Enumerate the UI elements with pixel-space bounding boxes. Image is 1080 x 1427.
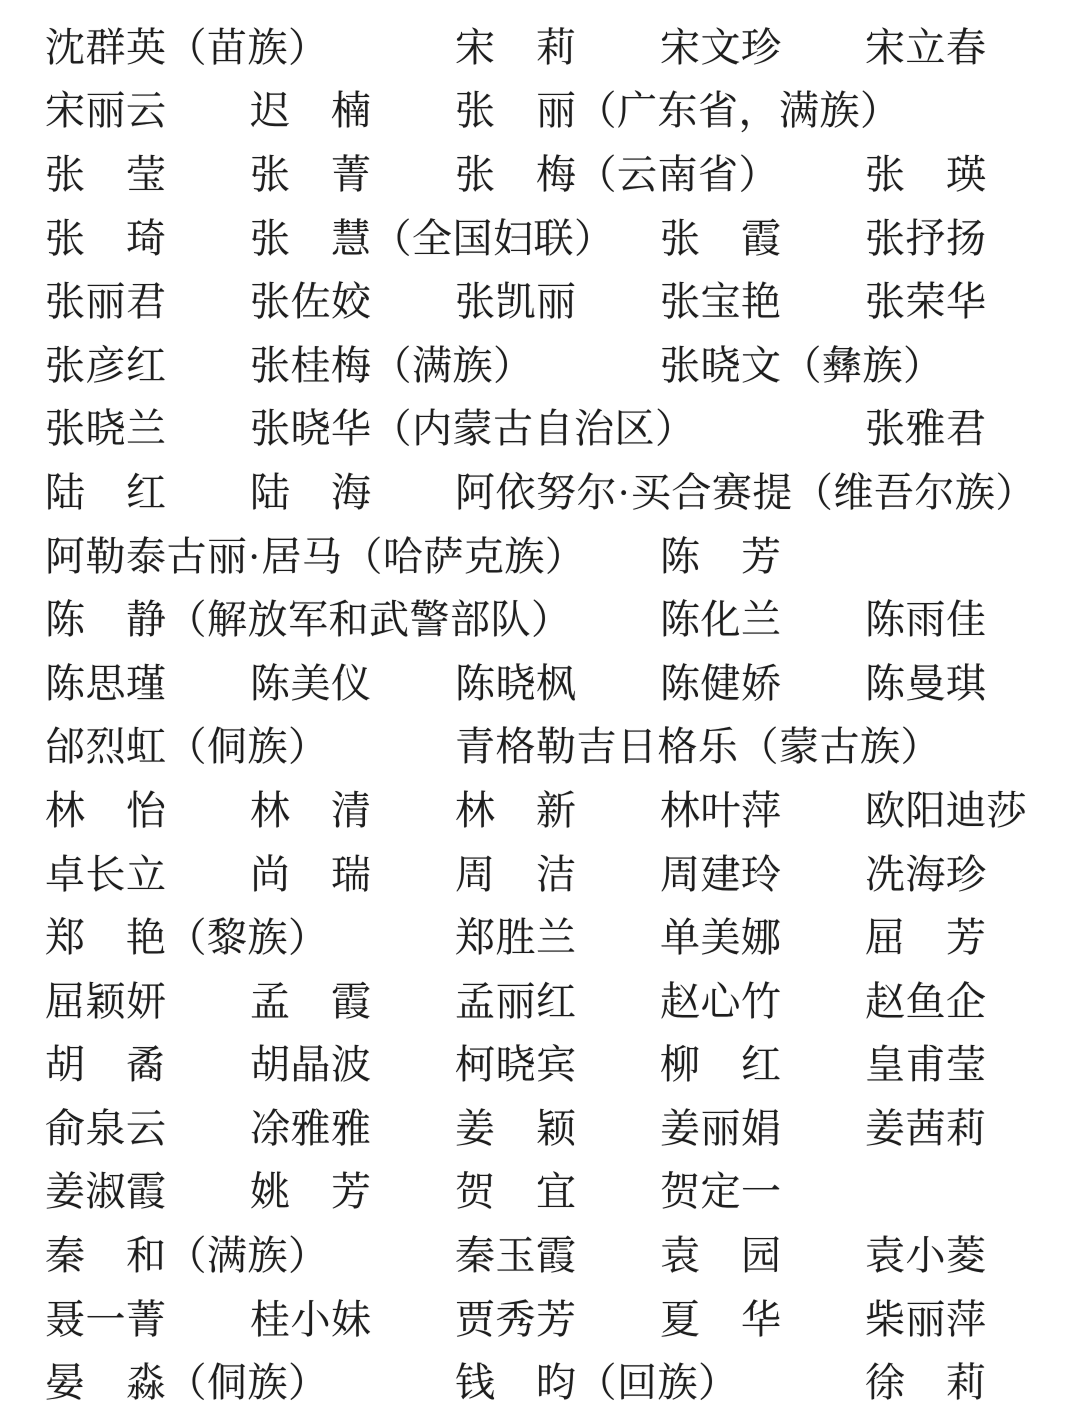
name-list: 沈群英（苗族）宋 莉宋文珍宋立春宋丽云迟 楠张 丽（广东省，满族）张 莹张 菁张… — [45, 16, 1075, 1415]
name-item: 张荣华 — [865, 282, 1070, 322]
name-item: 陆 海 — [250, 473, 455, 513]
name-item: 俞泉云 — [45, 1109, 250, 1149]
name-row: 卓长立尚 瑞周 洁周建玲冼海珍 — [45, 843, 1075, 907]
name-item: 姜 颖 — [455, 1109, 660, 1149]
name-item: 张 丽（广东省，满族） — [455, 91, 1070, 131]
name-item: 张丽君 — [45, 282, 250, 322]
name-item: 陈 芳 — [660, 537, 865, 577]
name-item: 袁 园 — [660, 1236, 865, 1276]
name-item: 郑 艳（黎族） — [45, 918, 455, 958]
name-item: 陈思瑾 — [45, 664, 250, 704]
name-row: 张彦红张桂梅（满族）张晓文（彝族） — [45, 334, 1075, 398]
name-item: 张 琦 — [45, 219, 250, 259]
name-item: 卓长立 — [45, 855, 250, 895]
name-row: 陈思瑾陈美仪陈晓枫陈健娇陈曼琪 — [45, 652, 1075, 716]
name-row: 陈 静（解放军和武警部队）陈化兰陈雨佳 — [45, 588, 1075, 652]
name-item: 陈美仪 — [250, 664, 455, 704]
name-row: 张 琦张 慧（全国妇联）张 霞张抒扬 — [45, 207, 1075, 271]
name-item: 张彦红 — [45, 346, 250, 386]
name-row: 宋丽云迟 楠张 丽（广东省，满族） — [45, 80, 1075, 144]
name-item: 屈颖妍 — [45, 982, 250, 1022]
name-item: 张 瑛 — [865, 155, 1070, 195]
name-row: 邰烈虹（侗族）青格勒吉日格乐（蒙古族） — [45, 716, 1075, 780]
name-item: 皇甫莹 — [865, 1045, 1070, 1085]
name-item: 赵心竹 — [660, 982, 865, 1022]
name-item: 张 慧（全国妇联） — [250, 219, 660, 259]
name-row: 沈群英（苗族）宋 莉宋文珍宋立春 — [45, 16, 1075, 80]
name-item: 宋立春 — [865, 28, 1070, 68]
name-item: 桂小妹 — [250, 1300, 455, 1340]
name-item: 尚 瑞 — [250, 855, 455, 895]
name-row: 俞泉云凃雅雅姜 颖姜丽娟姜茜莉 — [45, 1097, 1075, 1161]
document-page: 沈群英（苗族）宋 莉宋文珍宋立春宋丽云迟 楠张 丽（广东省，满族）张 莹张 菁张… — [0, 0, 1080, 1427]
name-item: 林叶萍 — [660, 791, 865, 831]
name-item: 宋 莉 — [455, 28, 660, 68]
name-item: 林 清 — [250, 791, 455, 831]
name-item: 钱 昀（回族） — [455, 1363, 865, 1403]
name-row: 张 莹张 菁张 梅（云南省）张 瑛 — [45, 143, 1075, 207]
name-row: 晏 淼（侗族）钱 昀（回族）徐 莉 — [45, 1351, 1075, 1415]
name-item: 阿勒泰古丽·居马（哈萨克族） — [45, 537, 660, 577]
name-item: 贺 宜 — [455, 1172, 660, 1212]
name-item: 秦玉霞 — [455, 1236, 660, 1276]
name-row: 秦 和（满族）秦玉霞袁 园袁小菱 — [45, 1224, 1075, 1288]
name-item: 柴丽萍 — [865, 1300, 1070, 1340]
name-item: 胡晶波 — [250, 1045, 455, 1085]
name-item: 赵鱼企 — [865, 982, 1070, 1022]
name-item: 陈晓枫 — [455, 664, 660, 704]
name-item: 张凯丽 — [455, 282, 660, 322]
name-item: 邰烈虹（侗族） — [45, 727, 455, 767]
name-item: 孟丽红 — [455, 982, 660, 1022]
name-item: 阿依努尔·买合赛提（维吾尔族） — [455, 473, 1070, 513]
name-row: 姜淑霞姚 芳贺 宜贺定一 — [45, 1161, 1075, 1225]
name-item: 陈雨佳 — [865, 600, 1070, 640]
name-item: 姜淑霞 — [45, 1172, 250, 1212]
name-item: 姜丽娟 — [660, 1109, 865, 1149]
name-item: 张晓文（彝族） — [660, 346, 1070, 386]
name-row: 林 怡林 清林 新林叶萍欧阳迪莎 — [45, 779, 1075, 843]
name-item: 夏 华 — [660, 1300, 865, 1340]
name-item: 冼海珍 — [865, 855, 1070, 895]
name-row: 郑 艳（黎族）郑胜兰单美娜屈 芳 — [45, 906, 1075, 970]
name-item: 贾秀芳 — [455, 1300, 660, 1340]
name-item: 郑胜兰 — [455, 918, 660, 958]
name-item: 张宝艳 — [660, 282, 865, 322]
name-item: 青格勒吉日格乐（蒙古族） — [455, 727, 1070, 767]
name-item: 陈曼琪 — [865, 664, 1070, 704]
name-item: 周建玲 — [660, 855, 865, 895]
name-item: 周 洁 — [455, 855, 660, 895]
name-item: 沈群英（苗族） — [45, 28, 455, 68]
name-row: 胡 矞胡晶波柯晓宾柳 红皇甫莹 — [45, 1034, 1075, 1098]
name-item: 张 菁 — [250, 155, 455, 195]
name-item: 孟 霞 — [250, 982, 455, 1022]
name-item: 姚 芳 — [250, 1172, 455, 1212]
name-item: 贺定一 — [660, 1172, 865, 1212]
name-item: 袁小菱 — [865, 1236, 1070, 1276]
name-item: 姜茜莉 — [865, 1109, 1070, 1149]
name-item: 陈 静（解放军和武警部队） — [45, 600, 660, 640]
name-item: 张抒扬 — [865, 219, 1070, 259]
name-row: 张丽君张佐姣张凯丽张宝艳张荣华 — [45, 270, 1075, 334]
name-item: 张佐姣 — [250, 282, 455, 322]
name-item: 张雅君 — [865, 409, 1070, 449]
name-item: 林 怡 — [45, 791, 250, 831]
name-item: 迟 楠 — [250, 91, 455, 131]
name-row: 陆 红陆 海阿依努尔·买合赛提（维吾尔族） — [45, 461, 1075, 525]
name-row: 阿勒泰古丽·居马（哈萨克族）陈 芳 — [45, 525, 1075, 589]
name-item: 柯晓宾 — [455, 1045, 660, 1085]
name-item: 欧阳迪莎 — [865, 791, 1070, 831]
name-item: 秦 和（满族） — [45, 1236, 455, 1276]
name-item: 宋丽云 — [45, 91, 250, 131]
name-item: 柳 红 — [660, 1045, 865, 1085]
name-item: 聂一菁 — [45, 1300, 250, 1340]
name-row: 聂一菁桂小妹贾秀芳夏 华柴丽萍 — [45, 1288, 1075, 1352]
name-item: 宋文珍 — [660, 28, 865, 68]
name-item: 张 梅（云南省） — [455, 155, 865, 195]
name-row: 张晓兰张晓华（内蒙古自治区）张雅君 — [45, 398, 1075, 462]
name-item: 陈健娇 — [660, 664, 865, 704]
name-item: 陈化兰 — [660, 600, 865, 640]
name-item: 陆 红 — [45, 473, 250, 513]
name-item: 张 莹 — [45, 155, 250, 195]
name-item: 凃雅雅 — [250, 1109, 455, 1149]
name-item: 张 霞 — [660, 219, 865, 259]
name-item: 晏 淼（侗族） — [45, 1363, 455, 1403]
name-item: 林 新 — [455, 791, 660, 831]
name-row: 屈颖妍孟 霞孟丽红赵心竹赵鱼企 — [45, 970, 1075, 1034]
name-item: 张晓华（内蒙古自治区） — [250, 409, 865, 449]
name-item: 单美娜 — [660, 918, 865, 958]
name-item: 胡 矞 — [45, 1045, 250, 1085]
name-item: 张桂梅（满族） — [250, 346, 660, 386]
name-item: 张晓兰 — [45, 409, 250, 449]
name-item: 屈 芳 — [865, 918, 1070, 958]
name-item: 徐 莉 — [865, 1363, 1070, 1403]
